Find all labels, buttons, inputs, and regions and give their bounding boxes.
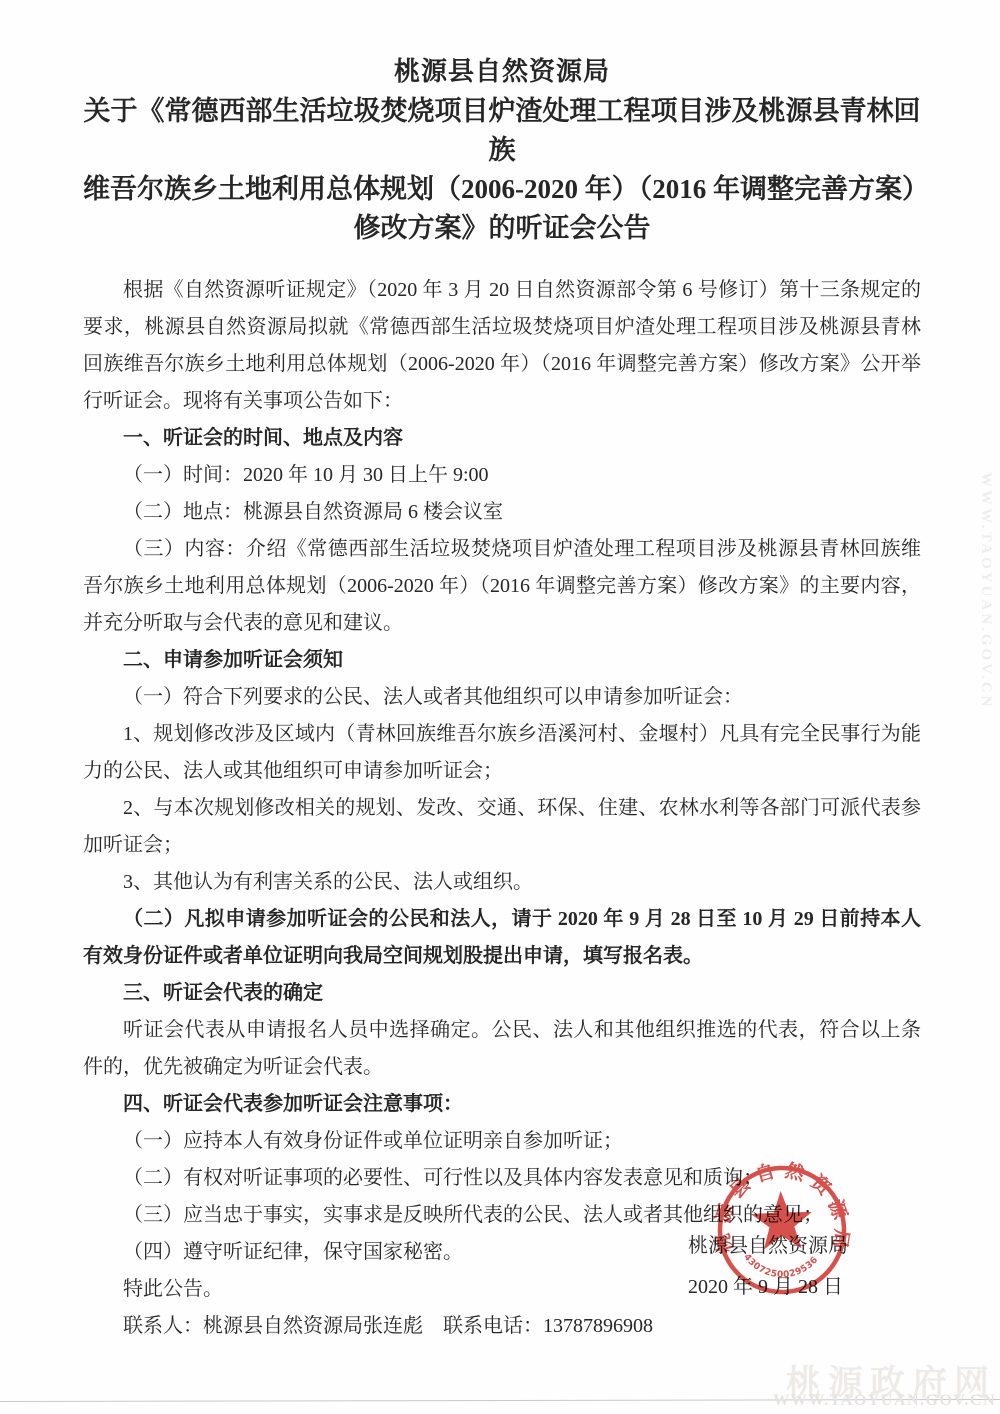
paragraph: 听证会代表从申请报名人员中选择确定。公民、法人和其他组织推选的代表，符合以上条件… (83, 1012, 921, 1086)
star-icon (750, 1190, 813, 1250)
paragraph: 三、听证会代表的确定 (83, 975, 921, 1012)
svg-text:4307250029536: 4307250029536 (741, 1250, 821, 1282)
paragraph: 2、与本次规划修改相关的规划、发改、交通、环保、住建、农林水利等各部门可派代表参… (83, 790, 921, 864)
document-title: 关于《常德西部生活垃圾焚烧项目炉渣处理工程项目涉及桃源县青林回族 维吾尔族乡土地… (83, 92, 921, 248)
site-url-watermark: WWW.TAOYUAN.GOV.CN (773, 1392, 996, 1410)
paragraph: （三）内容：介绍《常德西部生活垃圾焚烧项目炉渣处理工程项目涉及桃源县青林回族维吾… (83, 531, 921, 642)
paragraph: （一）应持本人有效身份证件或单位证明亲自参加听证； (83, 1123, 921, 1160)
seal-serial-number: 4307250029536 (741, 1250, 821, 1282)
announcement-page: 桃源县自然资源局 关于《常德西部生活垃圾焚烧项目炉渣处理工程项目涉及桃源县青林回… (0, 0, 1000, 1414)
paragraph: 一、听证会的时间、地点及内容 (83, 420, 921, 457)
paragraph: 1、规划修改涉及区域内（青林回族维吾尔族乡浯溪河村、金堰村）凡具有完全民事行为能… (83, 716, 921, 790)
paragraph: （二）凡拟申请参加听证会的公民和法人，请于 2020 年 9 月 28 日至 1… (83, 901, 921, 975)
paragraph: 四、听证会代表参加听证会注意事项： (83, 1086, 921, 1123)
title-line-1: 关于《常德西部生活垃圾焚烧项目炉渣处理工程项目涉及桃源县青林回族 (83, 92, 921, 170)
issuing-org-title: 桃源县自然资源局 (83, 52, 921, 92)
paragraph: 联系人：桃源县自然资源局张连彪 联系电话：13787896908 (83, 1308, 921, 1345)
title-line-2: 维吾尔族乡土地利用总体规划（2006-2020 年）（2016 年调整完善方案） (83, 170, 921, 209)
title-line-3: 修改方案》的听证会公告 (83, 209, 921, 248)
official-seal-stamp: 桃源县自然资源局 4307250029536 (710, 1158, 855, 1303)
document-content: 桃源县自然资源局 关于《常德西部生活垃圾焚烧项目炉渣处理工程项目涉及桃源县青林回… (83, 52, 921, 1345)
paragraph: 3、其他认为有利害关系的公民、法人或组织。 (83, 864, 921, 901)
vertical-url-watermark: WWW.TAOYUAN.GOV.CN (977, 472, 994, 710)
paragraph: 二、申请参加听证会须知 (83, 642, 921, 679)
paragraph: 根据《自然资源听证规定》（2020 年 3 月 20 日自然资源部令第 6 号修… (83, 272, 921, 420)
paragraph: （一）符合下列要求的公民、法人或者其他组织可以申请参加听证会： (83, 679, 921, 716)
paragraph: （一）时间：2020 年 10 月 30 日上午 9:00 (83, 457, 921, 494)
paragraph: （二）地点：桃源县自然资源局 6 楼会议室 (83, 494, 921, 531)
